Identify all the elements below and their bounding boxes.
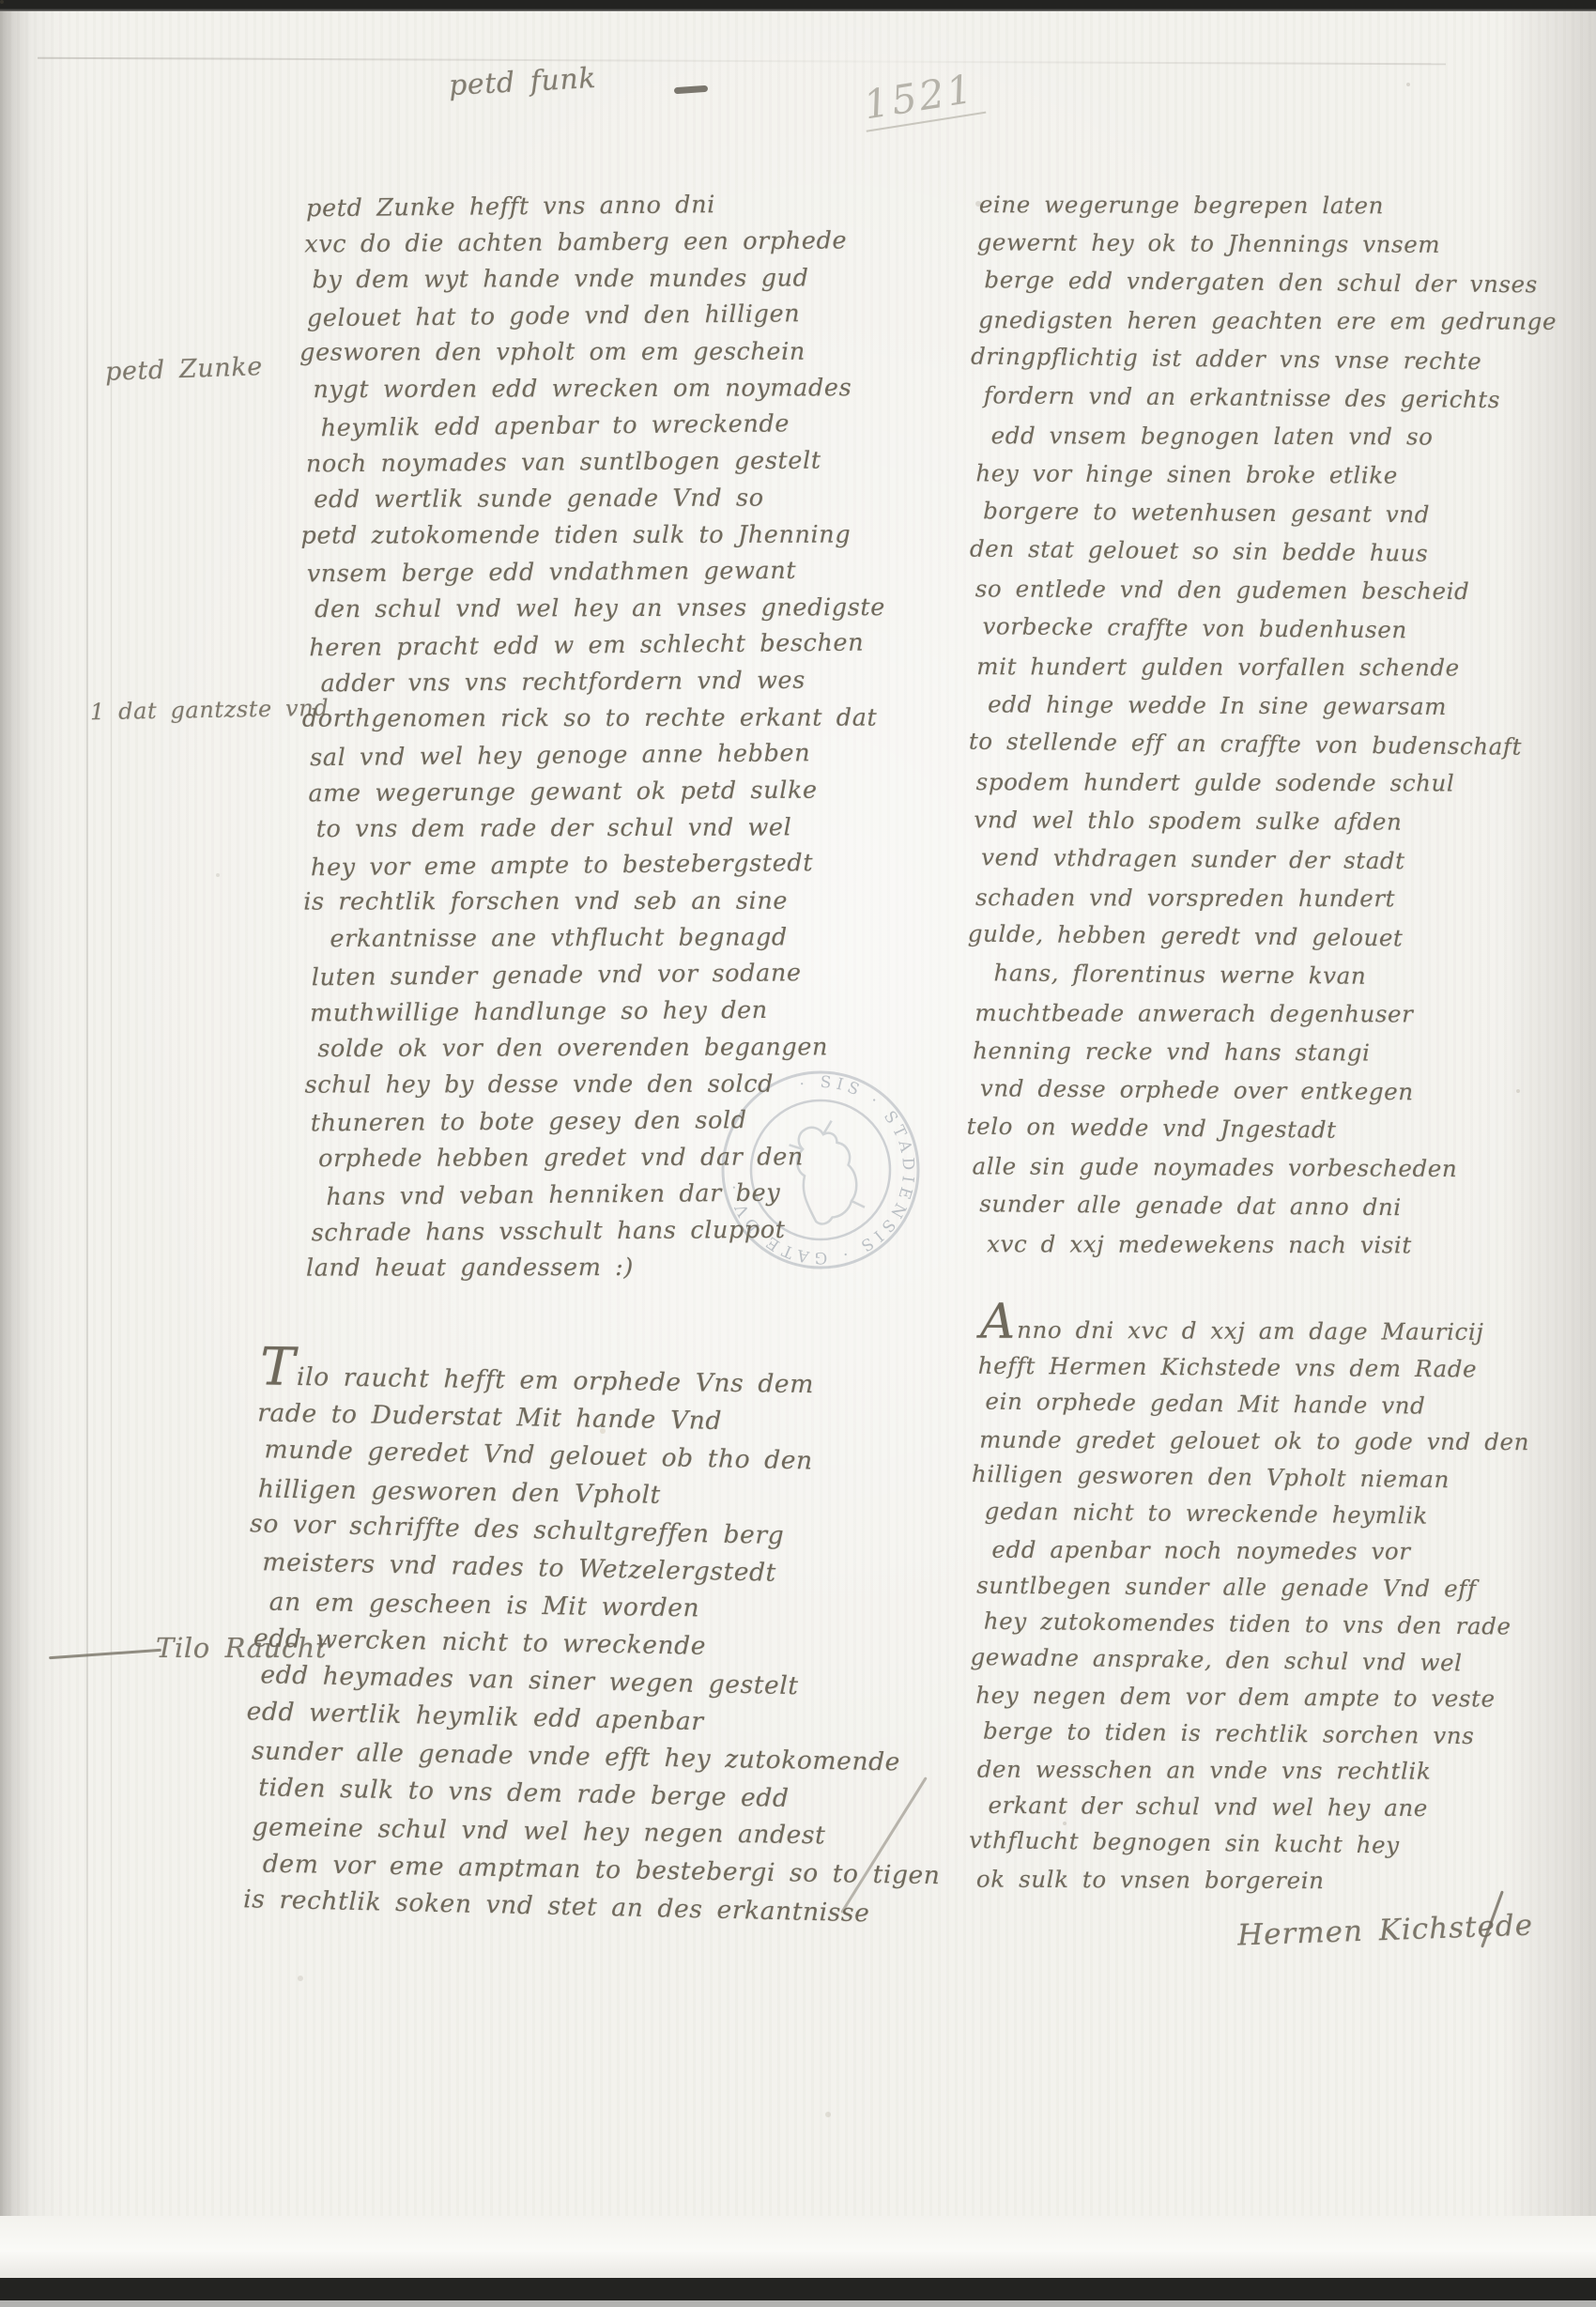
manuscript-line: muchtbeade anwerach degenhuser [974, 993, 1575, 1034]
manuscript-line: vnd desse orphede over entkegen [980, 1069, 1581, 1113]
manuscript-line: by dem wyt hande vnde mundes gud [313, 260, 960, 299]
paper-bottom-edge [0, 2216, 1596, 2280]
manuscript-line: nygt worden edd wrecken om noymades [313, 370, 960, 408]
manuscript-line: gelouet hat to gode vnd den hilligen [307, 295, 955, 338]
manuscript-line: hey vor eme ampte to bestebergstedt [311, 844, 959, 887]
manuscript-line: gewernt hey ok to Jhennings vnsem [977, 223, 1578, 264]
manuscript-line: orphede hebben gredet vnd dar den [318, 1139, 966, 1177]
margin-note-dat-gantzste: 1 dat gantzste vnd [90, 695, 330, 725]
manuscript-line: den wesschen an vnde vns rechtlik [977, 1751, 1588, 1791]
manuscript-line: xvc d xxj medewekens nach visit [987, 1224, 1588, 1265]
paper-crease [111, 85, 112, 2216]
manuscript-line: ein orphede gedan Mit hande vnd [985, 1383, 1595, 1426]
scan-bottom-band [0, 2278, 1596, 2300]
manuscript-line: gulde, hebben geredt vnd gelouet [968, 915, 1569, 960]
manuscript-line: vthflucht begnogen sin kucht hey [969, 1822, 1579, 1866]
manuscript-line: alle sin gude noymades vorbescheden [972, 1146, 1573, 1188]
manuscript-line: vnd wel thlo spodem sulke afden [974, 800, 1574, 841]
manuscript-line: hans vnd veban henniken dar bey [326, 1174, 974, 1217]
manuscript-line: hans, florentinus werne kvan [993, 953, 1594, 997]
manuscript-line: mit hundert gulden vorfallen schende [976, 647, 1577, 687]
manuscript-line: thuneren to bote gesey den sold [311, 1101, 959, 1143]
manuscript-line: land heuat gandessem :) [306, 1249, 954, 1286]
manuscript-line: den schul vnd wel hey an vnses gnedigste [315, 590, 962, 628]
manuscript-line: gesworen den vpholt om em geschein [299, 333, 947, 371]
manuscript-line: hefft Hermen Kichstede vns dem Rade [978, 1347, 1588, 1389]
manuscript-line: vorbecke craffte von budenhusen [982, 607, 1583, 651]
manuscript-line: ok sulk to vnsen borgerein [976, 1861, 1587, 1900]
manuscript-line: eine wegerunge begrepen laten [979, 185, 1580, 225]
manuscript-line: noch noymades van suntlbogen gestelt [306, 442, 954, 484]
manuscript-line: sunder alle genade dat anno dni [979, 1184, 1580, 1228]
manuscript-line: fordern vnd an erkantnisse des gerichts [984, 376, 1585, 420]
manuscript-line: to stellende eff an craffte von budensch… [969, 722, 1570, 767]
manuscript-line: to vns dem rade der schul vnd wel [316, 809, 964, 848]
manuscript-line: edd apenbar noch noymedes vor [991, 1531, 1596, 1571]
manuscript-line: ame wegerunge gewant ok petd sulke [308, 772, 956, 813]
manuscript-line: berge to tiden is rechtlik sorchen vns [983, 1713, 1593, 1756]
right-column-block-1: eine wegerunge begrepen latengewernt hey… [972, 184, 1578, 1265]
manuscript-line: gnedigsten heren geachten ere em gedrung… [978, 300, 1579, 341]
manuscript-line: edd wertlik sunde genade Vnd so [314, 480, 961, 518]
manuscript-line: so entlede vnd den gudemen bescheid [975, 569, 1576, 610]
manuscript-line: vend vthdragen sunder der stadt [981, 838, 1582, 882]
margin-note-petd-zunke: petd Zunke [105, 352, 264, 387]
manuscript-line: Anno dni xvc d xxj am dage Mauricij [980, 1312, 1590, 1351]
manuscript-line: muthwillige handlunge so hey den [310, 992, 958, 1033]
left-column-paragraph-1: petd Zunke hefft vns anno dnixvc do die … [304, 186, 959, 1289]
manuscript-line: heymlik edd apenbar to wreckende [321, 405, 969, 448]
manuscript-line: sal vnd wel hey genoge anne hebben [310, 734, 958, 777]
manuscript-line: heren pracht edd w em schlecht beschen [309, 624, 957, 668]
manuscript-line: den stat gelouet so sin bedde huus [970, 530, 1571, 575]
manuscript-line: spodem hundert gulde sodende schul [976, 762, 1577, 803]
manuscript-line: schul hey by desse vnde den solcd [305, 1066, 953, 1103]
manuscript-line: erkant der schul vnd wel hey ane [988, 1787, 1596, 1828]
manuscript-line: xvc do die achten bamberg een orphede [304, 223, 952, 264]
paper-crease [86, 85, 88, 2216]
manuscript-line: erkantnisse ane vthflucht begnagd [330, 919, 977, 958]
manuscript-line: vnsem berge edd vndathmen gewant [307, 552, 955, 593]
manuscript-line: edd vnsem begnogen laten vnd so [991, 416, 1592, 456]
manuscript-line: petd Zunke hefft vns anno dni [306, 185, 954, 228]
manuscript-line: gedan nicht to wreckende heymlik [984, 1493, 1594, 1536]
manuscript-line: borgere to wetenhusen gesant vnd [983, 491, 1584, 535]
manuscript-line: telo on wedde vnd Jngestadt [967, 1107, 1568, 1152]
scan-bottom-strip [0, 2300, 1596, 2307]
manuscript-line: edd hinge wedde In sine gewarsam [988, 684, 1588, 726]
left-column-paragraph-2: Tilo raucht hefft em orphede Vns demrade… [249, 1357, 972, 1932]
manuscript-line: gewadne ansprake, den schul vnd wel [970, 1638, 1580, 1683]
manuscript-line: henning recke vnd hans stangi [973, 1031, 1573, 1072]
manuscript-line: dorthgenomen rick so to rechte erkant da… [302, 700, 950, 737]
manuscript-line: hey negen dem vor dem ampte to veste [975, 1677, 1586, 1718]
manuscript-line: suntlbegen sunder alle genade Vnd eff [976, 1567, 1587, 1608]
manuscript-line: schaden vnd vorspreden hundert [975, 878, 1576, 918]
manuscript-line: is rechtlik forschen vnd seb an sine [303, 883, 951, 920]
manuscript-line: berge edd vndergaten den schul der vnses [984, 260, 1585, 304]
manuscript-line: solde ok vor den overenden begangen [317, 1029, 965, 1068]
manuscript-line: petd zutokomende tiden sulk to Jhenning [300, 516, 948, 554]
right-column-block-2: Anno dni xvc d xxj am dage Mauricijhefft… [974, 1311, 1588, 1901]
paper-specks [0, 0, 4, 4]
manuscript-line: dringpflichtig ist adder vns vnse rechte [971, 337, 1572, 382]
manuscript-line: luten sunder genade vnd vor sodane [312, 954, 959, 997]
manuscript-line: schrade hans vsschult hans cluppot [312, 1211, 959, 1253]
manuscript-line: adder vns vns rechtfordern vnd wes [320, 661, 968, 702]
manuscript-line: munde gredet gelouet ok to gode vnd den [979, 1422, 1589, 1461]
manuscript-line: hey vor hinge sinen broke etlike [975, 454, 1576, 495]
